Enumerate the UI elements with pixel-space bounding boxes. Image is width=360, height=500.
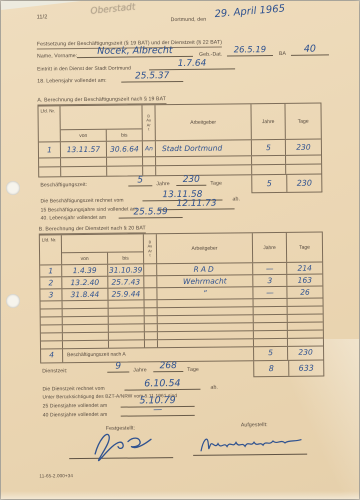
cell-tage: 163 xyxy=(287,275,322,286)
cell-arbeitgeber: RAD xyxy=(157,263,253,275)
table-b: Lfd. Nr. von bis B Au Ar t Arbeitgeber xyxy=(39,232,324,364)
cell-jahre: — xyxy=(253,263,287,274)
cell-nr: 1 xyxy=(40,265,62,276)
col-tage: Tage xyxy=(287,233,322,262)
pencil-note: Oberstadt xyxy=(90,3,136,17)
sum-jahre: 8 xyxy=(254,361,289,376)
col-arbeitgeber: Arbeitgeber xyxy=(157,233,253,263)
col-arbeitgeber: Arbeitgeber xyxy=(155,104,251,140)
cell-jahre: 5 xyxy=(252,140,286,155)
col-tage: Tage xyxy=(285,104,320,139)
tage-word: Tage xyxy=(210,181,222,187)
col-von: von xyxy=(61,130,107,141)
besch-rechnet-label: Die Beschäftigungszeit rechnet vom xyxy=(40,198,123,205)
cell-bis: 31.10.39 xyxy=(108,264,144,275)
entry-label: Eintritt in den Dienst der Stadt Dortmun… xyxy=(37,66,131,73)
cell-art: An xyxy=(143,141,156,156)
scanned-document: 11/2 Oberstadt Dortmund, den 29. April 1… xyxy=(0,0,360,500)
col-art: B Au Ar t xyxy=(144,234,157,263)
dienst-rechnet-value: 6.10.54 xyxy=(124,378,200,391)
cell-bis: 30.6.64 xyxy=(107,141,143,156)
ba-label: BA xyxy=(279,51,286,57)
col-bis: bis xyxy=(107,129,142,140)
cell-art xyxy=(144,288,157,299)
name-label: Name, Vorname: xyxy=(37,53,77,59)
carryover-label: Beschäftigungszeit nach A xyxy=(63,347,254,362)
cell-tage: 214 xyxy=(287,263,322,274)
aufgestellt-label: Aufgestellt: xyxy=(241,422,268,428)
jahre-word: Jahre xyxy=(156,181,170,187)
dienst-label: Dienstzeit: xyxy=(42,368,67,374)
col-art: B Au Ar t xyxy=(142,105,155,140)
cell-von: 13.2.40 xyxy=(62,277,108,288)
sum-tage: 633 xyxy=(289,361,323,376)
cell-arbeitgeber: ” xyxy=(157,287,253,299)
entry-value: 1.7.64 xyxy=(149,58,235,70)
place-date-label: Dortmund, den xyxy=(171,17,207,23)
age40-label: 40. Lebensjahr vollendet am xyxy=(41,215,107,222)
cell-nr: 1 xyxy=(39,142,61,157)
table-a-header: Lfd. Nr. von bis B Au Ar t Arbeitgeber xyxy=(38,104,320,143)
age18-value: 25.5.37 xyxy=(121,71,183,83)
cell-nr: 3 xyxy=(40,289,62,300)
ab-word: ab. xyxy=(210,385,218,391)
art-letter: t xyxy=(149,253,150,257)
print-run-code: 11-65-2.000+34 xyxy=(39,473,73,478)
birthdate-value: 26.5.19 xyxy=(227,45,273,56)
col-jahre: Jahre xyxy=(253,233,287,262)
age18-label: 18. Lebensjahr vollendet am: xyxy=(37,78,106,85)
signature-left xyxy=(81,427,167,462)
cell-art xyxy=(144,276,157,287)
cell-art xyxy=(144,264,157,275)
besch-tage-value: 230 xyxy=(176,175,206,186)
jahre-word: Jahre xyxy=(133,367,147,373)
jahre40-label: 40 Dienstjahre vollendet am xyxy=(43,412,108,419)
besch-label: Beschäftigungszeit: xyxy=(40,182,87,188)
date-handwritten: 29. April 1965 xyxy=(214,3,285,20)
dienst-rechnet-label: Die Dienstzeit rechnet vom xyxy=(42,386,104,393)
hole-punch xyxy=(6,181,20,195)
age40-value: 25.5.59 xyxy=(119,207,183,219)
sum-jahre: 5 xyxy=(252,175,287,192)
cell-bis: 25.9.44 xyxy=(108,288,144,299)
col-nr: Lfd. Nr. xyxy=(38,106,60,141)
cell-jahre: — xyxy=(253,287,287,298)
cell-nr: 2 xyxy=(40,277,62,288)
col-bis: bis xyxy=(108,252,143,263)
cell-bis: 25.7.43 xyxy=(108,276,144,287)
col-jahre: Jahre xyxy=(251,104,285,139)
jahre40-value: — xyxy=(121,405,195,417)
besch-jahre-value: 5 xyxy=(128,175,152,186)
ba-value: 40 xyxy=(291,43,329,55)
sum-tage: 230 xyxy=(287,175,321,192)
form-code: 11/2 xyxy=(37,14,48,20)
col-von-bis: von bis xyxy=(62,234,144,264)
cell-nr: 4 xyxy=(41,349,63,362)
table-a-totals: 5 230 xyxy=(251,175,322,194)
cell-tage: 26 xyxy=(287,287,322,298)
cell-jahre: 3 xyxy=(253,275,287,286)
cell-tage: 230 xyxy=(288,347,323,360)
col-von-bis: von bis xyxy=(60,105,142,141)
jahre25-label: 25 Dienstjahre vollendet am xyxy=(43,403,108,410)
art-letter: t xyxy=(148,127,149,131)
table-a: Lfd. Nr. von bis B Au Ar t Arbeitgeber xyxy=(37,103,322,178)
dienst-jahre-value: 9 xyxy=(107,362,129,373)
birthdate-label: Geb.-Dat. xyxy=(199,52,222,58)
tage-word: Tage xyxy=(187,367,199,373)
col-nr: Lfd. Nr. xyxy=(40,235,62,264)
paper-sheet: 11/2 Oberstadt Dortmund, den 29. April 1… xyxy=(1,1,359,499)
cell-arbeitgeber: Stadt Dortmund xyxy=(156,140,252,156)
form-content: 11/2 Oberstadt Dortmund, den 29. April 1… xyxy=(0,0,360,500)
name-value: Nocek, Albrecht xyxy=(77,45,193,58)
signature-right xyxy=(197,430,307,459)
table-b-header: Lfd. Nr. von bis B Au Ar t Arbeitgeber xyxy=(40,233,322,266)
cell-arbeitgeber: Wehrmacht xyxy=(157,275,253,287)
cell-tage: 230 xyxy=(286,140,321,155)
cell-von: 13.11.57 xyxy=(61,142,107,157)
hole-punch xyxy=(6,294,20,308)
col-von: von xyxy=(62,253,108,264)
table-b-totals: 8 633 xyxy=(253,360,324,377)
cell-jahre: 5 xyxy=(254,347,288,360)
dienst-tage-value: 268 xyxy=(153,361,183,372)
cell-von: 31.8.44 xyxy=(62,289,108,300)
cell-von: 1.4.39 xyxy=(62,265,108,276)
